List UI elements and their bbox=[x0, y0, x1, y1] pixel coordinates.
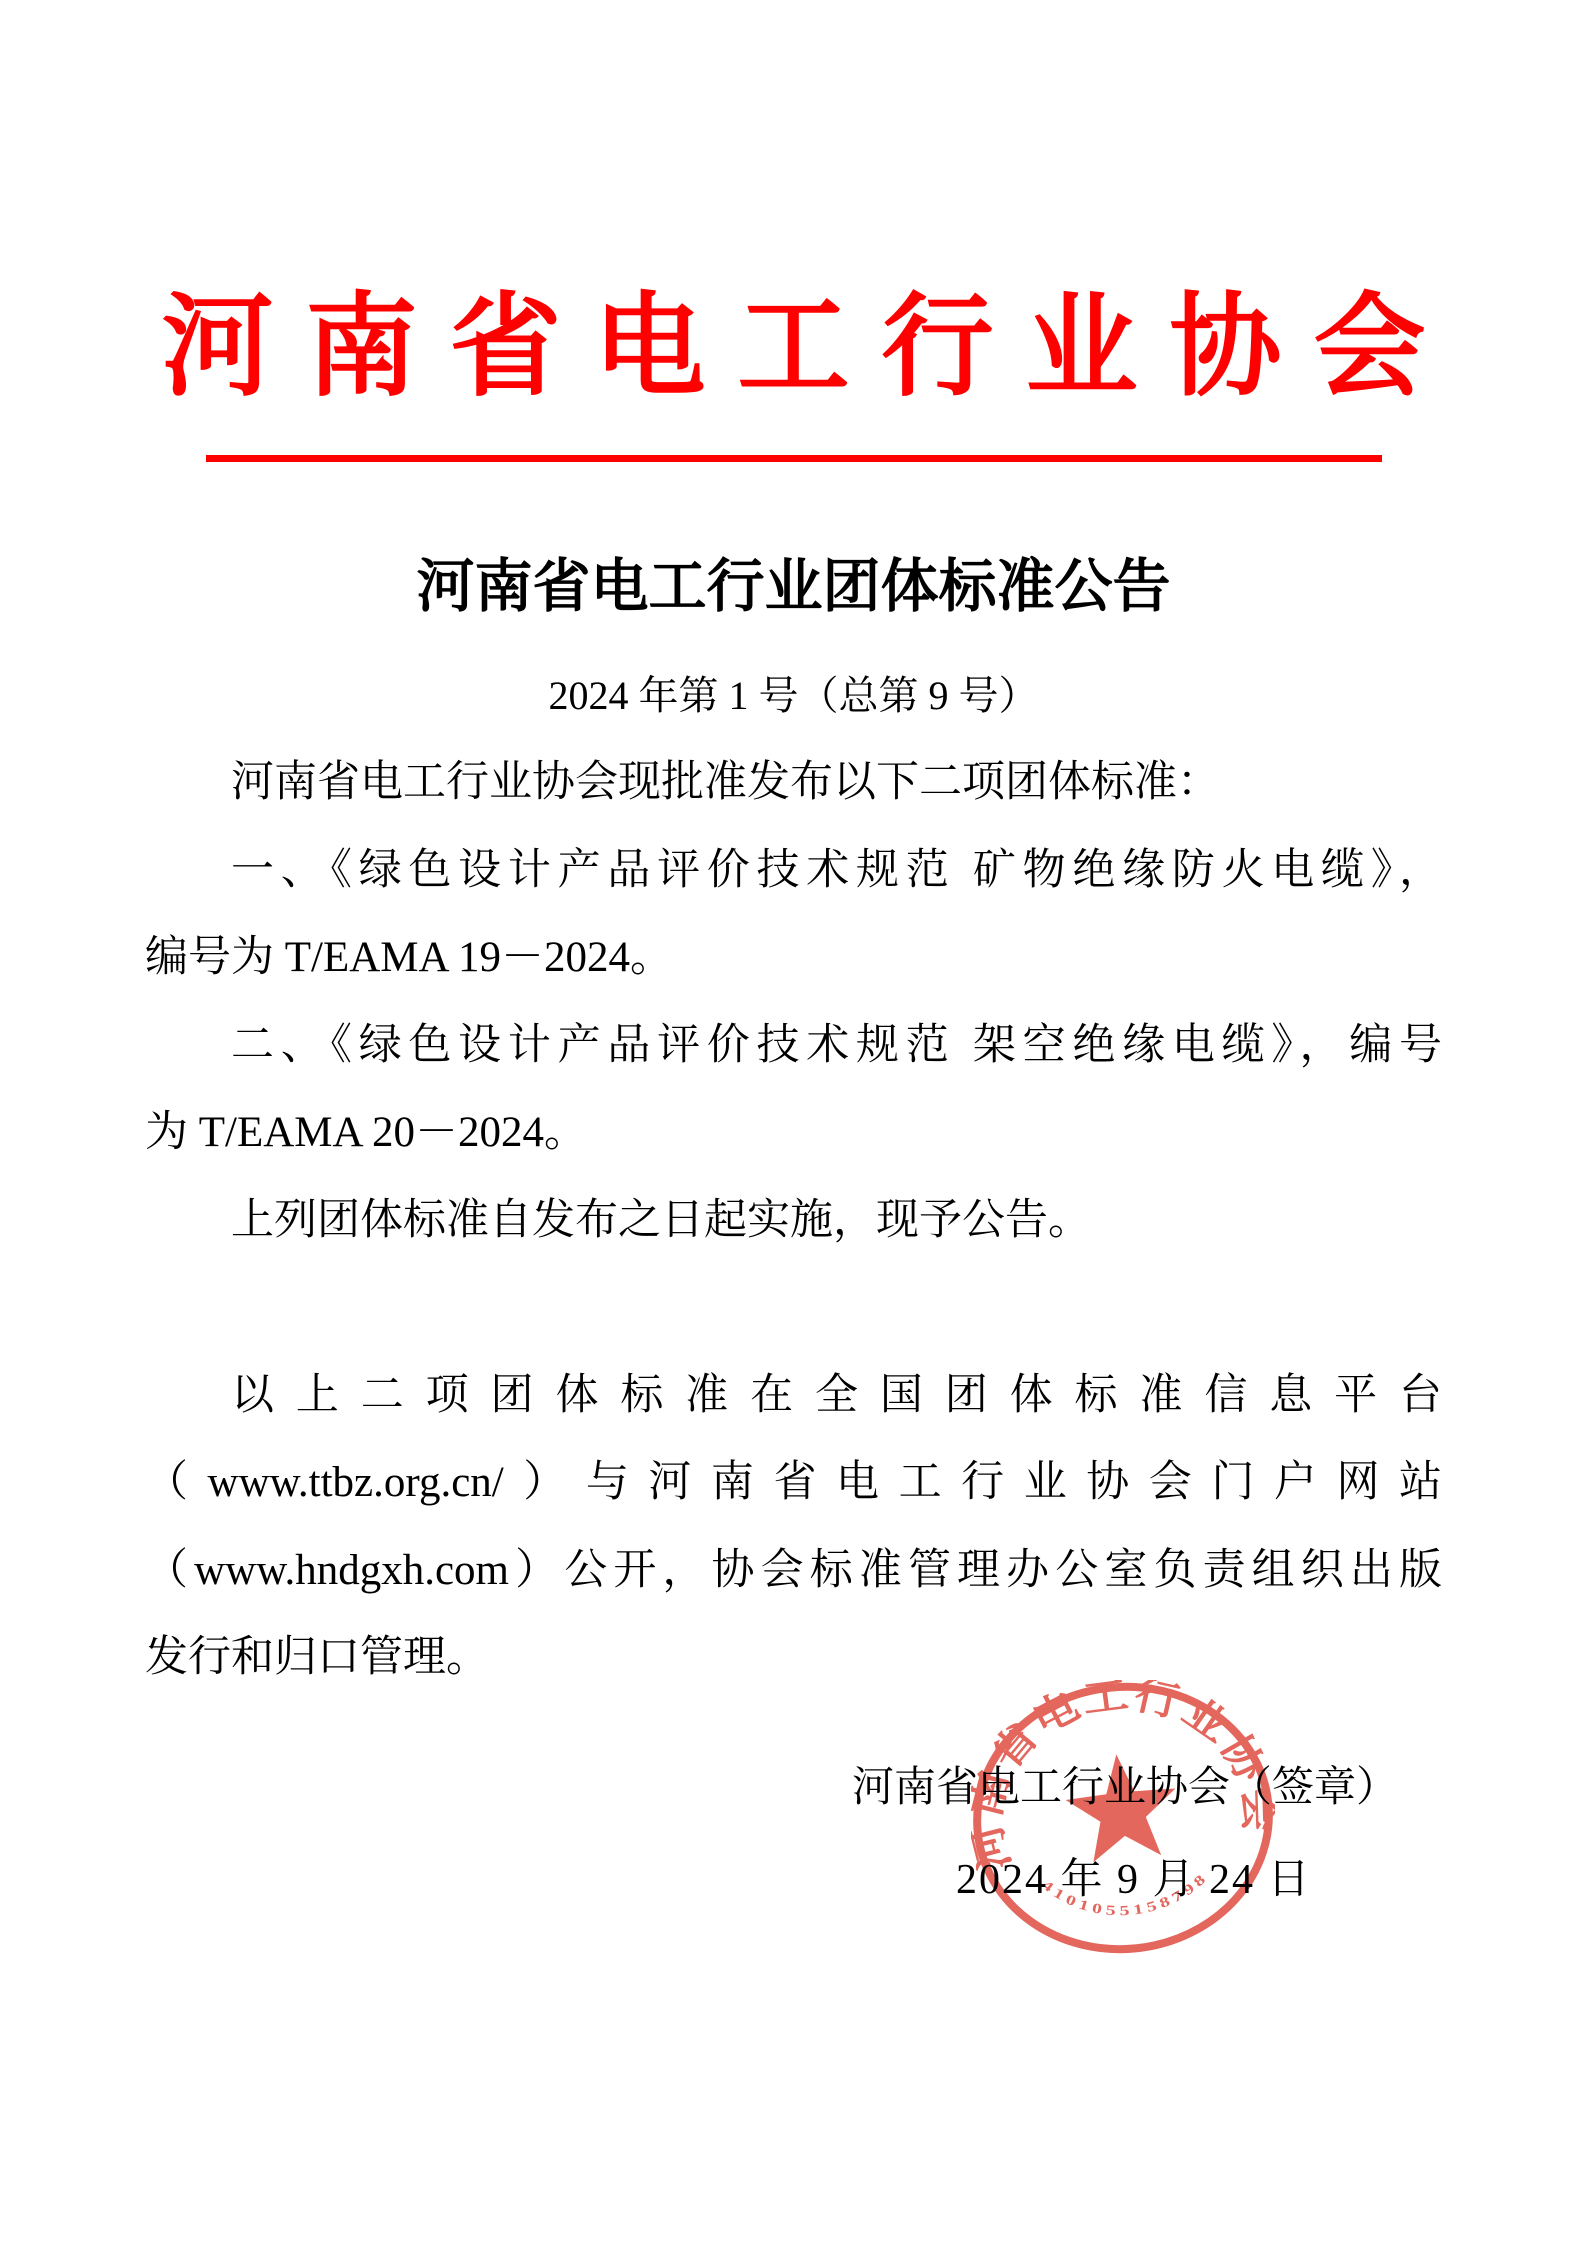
seal-ring bbox=[971, 1680, 1275, 1956]
masthead-divider-line bbox=[206, 455, 1382, 462]
body-line: 二、《绿色设计产品评价技术规范 架空绝缘电缆》，编号 bbox=[145, 1002, 1442, 1090]
official-seal: 河南省电工行业协会 4101055158798 bbox=[971, 1680, 1275, 1956]
signature-date-line: 2024 年 9 月 24 日 bbox=[956, 1855, 1312, 1905]
announcement-issue-number: 2024 年第 1 号（总第 9 号） bbox=[0, 672, 1587, 720]
body-line: 编号为 T/EAMA 19－2024。 bbox=[145, 914, 1442, 1002]
body-line: 发行和归口管理。 bbox=[145, 1614, 1442, 1702]
body-line: 为 T/EAMA 20－2024。 bbox=[145, 1089, 1442, 1177]
body-line: 以上二项团体标准在全国团体标准信息平台 bbox=[145, 1352, 1442, 1440]
announcement-title: 河南省电工行业团体标准公告 bbox=[0, 552, 1587, 622]
body-line: 一、《绿色设计产品评价技术规范 矿物绝缘防火电缆》， bbox=[145, 827, 1442, 915]
announcement-body: 河南省电工行业协会现批准发布以下二项团体标准：一、《绿色设计产品评价技术规范 矿… bbox=[145, 739, 1442, 1702]
body-blank-line bbox=[145, 1264, 1442, 1352]
document-page: 河南省电工行业协会 河南省电工行业团体标准公告 2024 年第 1 号（总第 9… bbox=[0, 0, 1587, 2245]
body-line: 河南省电工行业协会现批准发布以下二项团体标准： bbox=[145, 739, 1442, 827]
official-seal-graphic: 河南省电工行业协会 4101055158798 bbox=[971, 1680, 1275, 1956]
signature-org-line: 河南省电工行业协会（签章） bbox=[852, 1763, 1398, 1813]
body-line: 上列团体标准自发布之日起实施，现予公告。 bbox=[145, 1177, 1442, 1265]
body-line: （www.ttbz.org.cn/）与河南省电工行业协会门户网站 bbox=[145, 1439, 1442, 1527]
org-masthead-title: 河南省电工行业协会 bbox=[0, 278, 1587, 418]
body-line: （www.hndgxh.com）公开，协会标准管理办公室负责组织出版 bbox=[145, 1527, 1442, 1615]
